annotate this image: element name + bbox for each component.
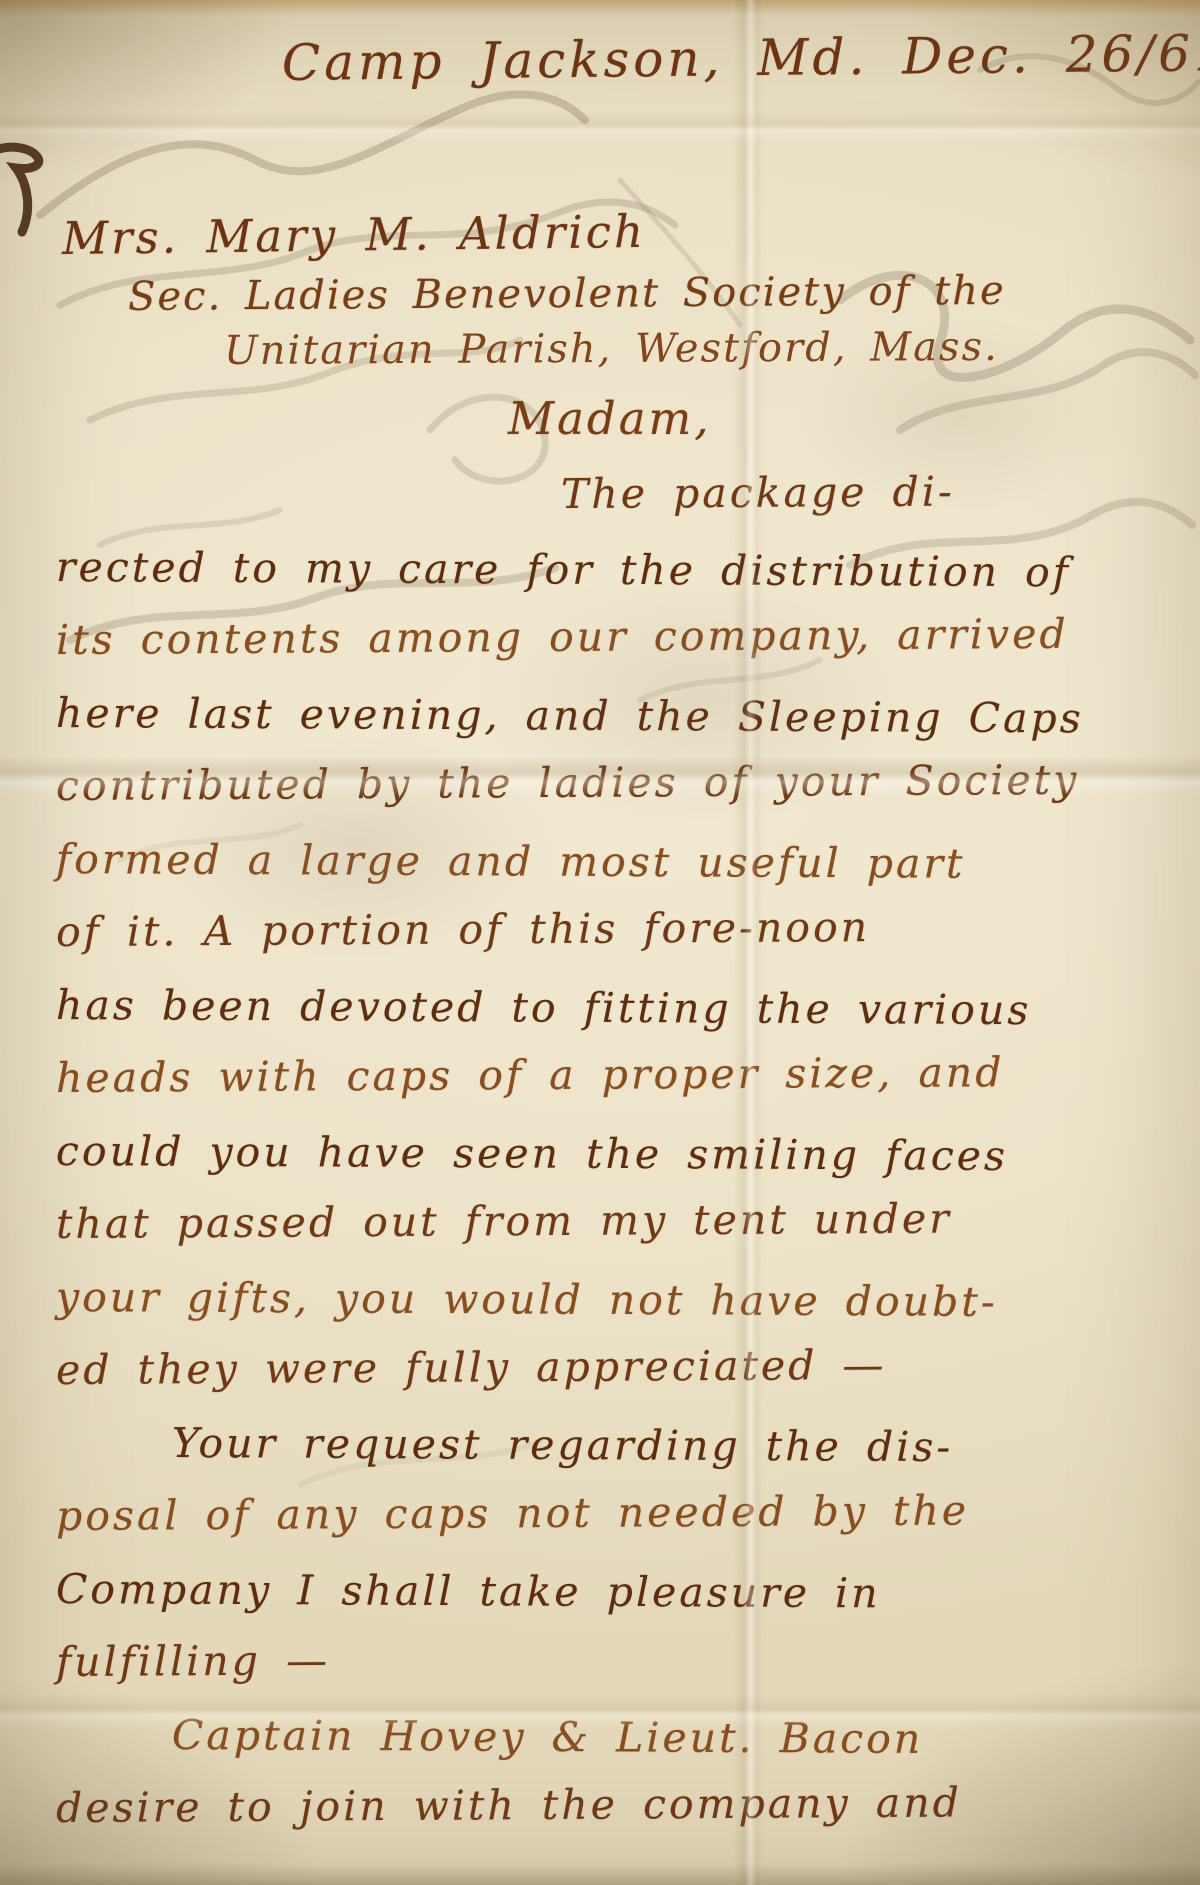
salutation: Madam, [508, 392, 712, 445]
recipient-title: Sec. Ladies Benevolent Society of the [128, 268, 1006, 320]
letter-line: of it. A portion of this fore-noon [56, 889, 1190, 969]
letter-line: The package di- [561, 454, 1190, 531]
letter-line: fulfilling — [56, 1619, 1190, 1699]
letter-line: desire to join with the company and [56, 1765, 1190, 1845]
letter-line: its contents among our company, arrived [56, 597, 1190, 677]
letter-scan: Camp Jackson, Md. Dec. 26/61 Mrs. Mary M… [0, 0, 1200, 1885]
letter-line: that passed out from my tent under [56, 1181, 1190, 1261]
recipient-address: Unitarian Parish, Westford, Mass. [224, 324, 999, 374]
horizontal-fold-crease [0, 112, 1200, 142]
letter-line: posal of any caps not needed by the [56, 1473, 1190, 1553]
dateline: Camp Jackson, Md. Dec. 26/61 [282, 24, 1200, 92]
letter-body: The package di-rected to my care for the… [56, 458, 1190, 1845]
letter-line: ed they were fully appreciated — [56, 1327, 1190, 1407]
ink-blot [0, 140, 52, 240]
letter-line: contributed by the ladies of your Societ… [56, 743, 1190, 823]
recipient-name: Mrs. Mary M. Aldrich [62, 205, 647, 265]
letter-line: heads with caps of a proper size, and [56, 1035, 1190, 1115]
